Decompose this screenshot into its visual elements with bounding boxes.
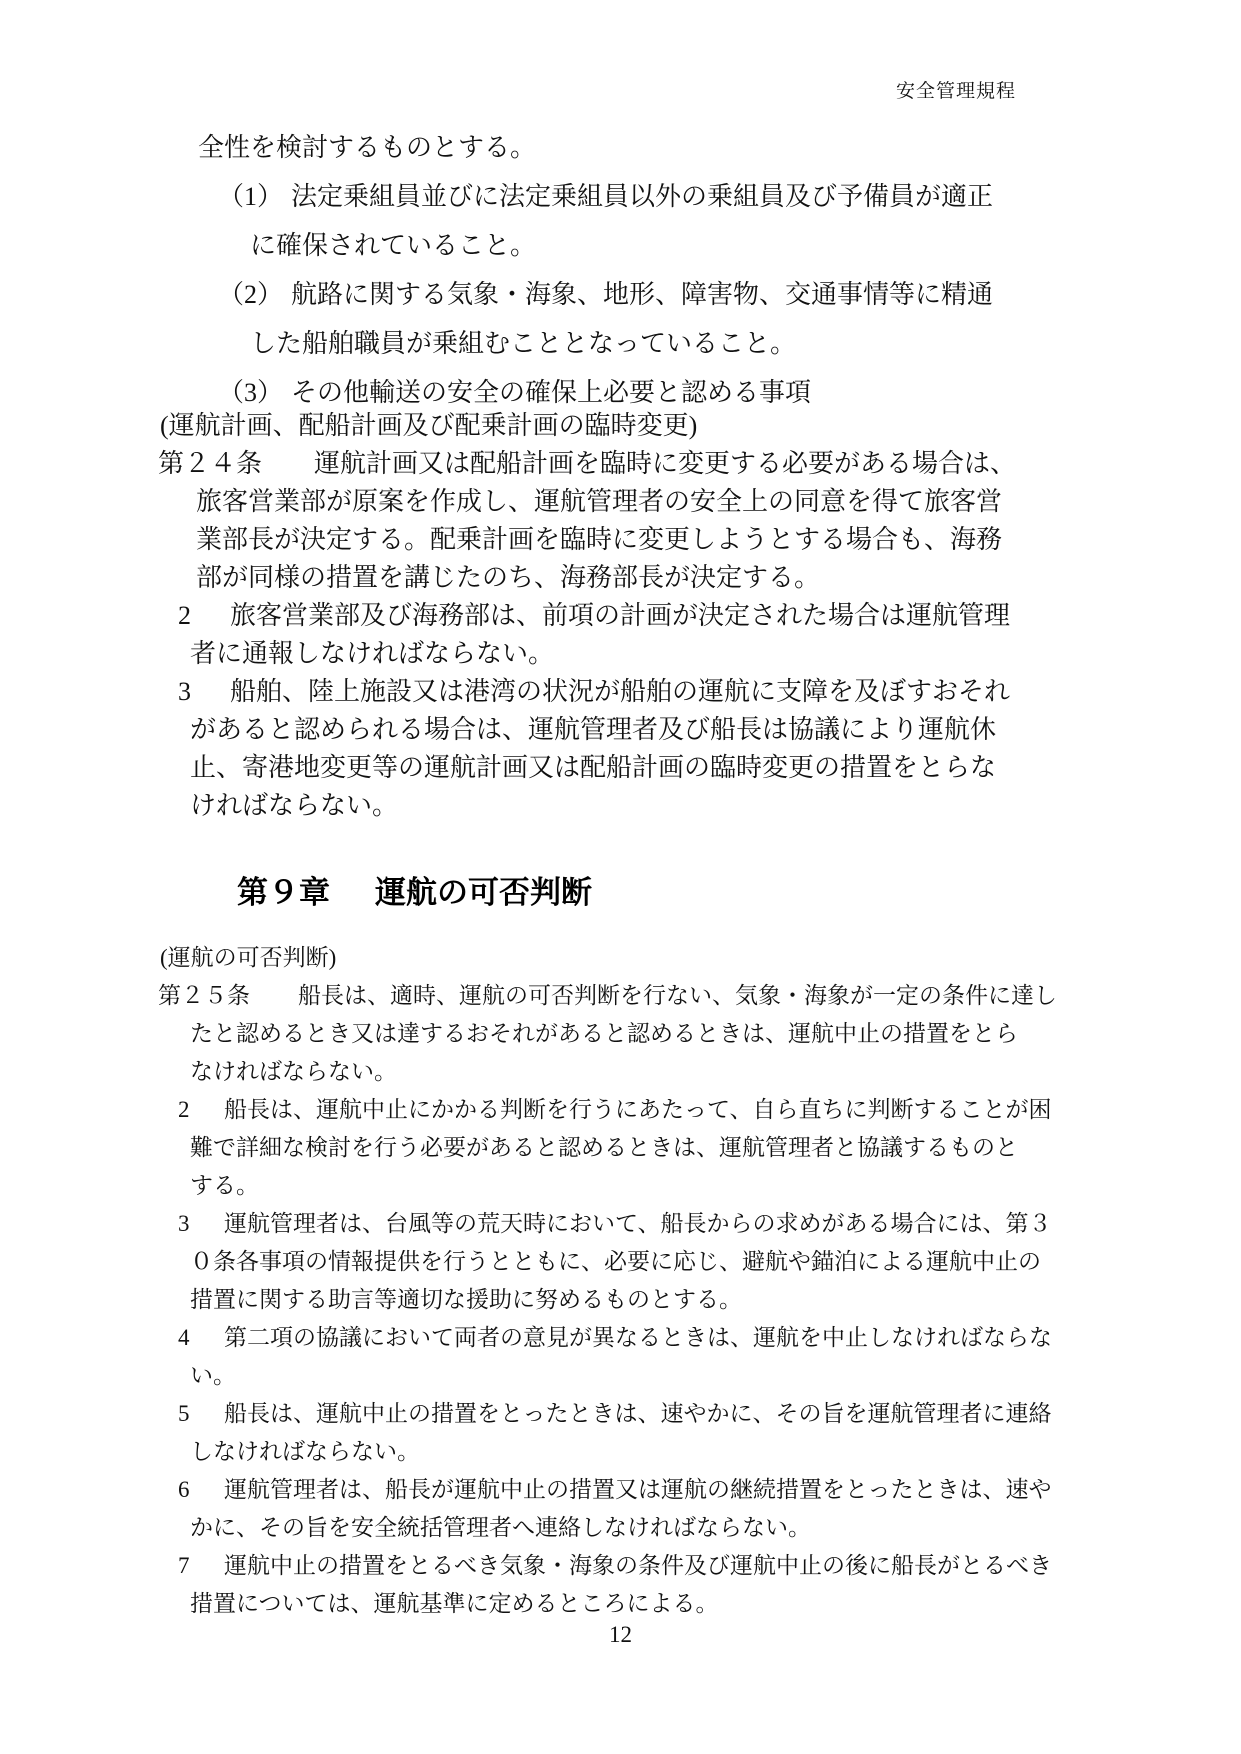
article-25-paragraph-1-line-2: たと認めるとき又は達するおそれがあると認めるときは、運航中止の措置をとら: [0, 1015, 1241, 1053]
text-line: 運航管理者は、船長が運航中止の措置又は運航の継続措置をとったときは、速や: [224, 1477, 1052, 1502]
article-25-paragraph-7-line-2: 措置については、運航基準に定めるところによる。: [0, 1585, 1241, 1623]
article-25-paragraph-5-line-2: しなければならない。: [0, 1433, 1241, 1471]
document-page: 安全管理規程 全性を検討するものとする。 （1）法定乗組員並びに法定乗組員以外の…: [0, 0, 1241, 1754]
text-line: 船長は、運航中止の措置をとったときは、速やかに、その旨を運航管理者に連絡: [224, 1401, 1052, 1426]
text-line: 船舶、陸上施設又は港湾の状況が船舶の運航に支障を及ぼすおそれ: [230, 677, 1010, 706]
article-25-paragraph-3-line-3: 措置に関する助言等適切な援助に努めるものとする。: [0, 1281, 1241, 1319]
text-line: 全性を検討するものとする。: [0, 123, 1241, 172]
article-24-paragraph-1-line-2: 旅客営業部が原案を作成し、運航管理者の安全上の同意を得て旅客営: [0, 483, 1241, 521]
text-line: 旅客営業部及び海務部は、前項の計画が決定された場合は運航管理: [230, 601, 1010, 630]
chapter-title: 運航の可否判断: [375, 875, 592, 910]
article-24-paragraph-2-line-2: 者に通報しなければならない。: [0, 635, 1241, 673]
article-25-paragraph-3-line-1: 3運航管理者は、台風等の荒天時において、船長からの求めがある場合には、第３: [0, 1205, 1241, 1243]
paragraph-number: 4: [178, 1319, 198, 1357]
text-line: 第二項の協議において両者の意見が異なるときは、運航を中止しなければならな: [224, 1325, 1052, 1350]
article-24-caption: (運航計画、配船計画及び配乗計画の臨時変更): [0, 407, 1241, 445]
chapter-9-heading: 第９章運航の可否判断: [0, 872, 1241, 914]
text-line: その他輸送の安全の確保上必要と認める事項: [291, 378, 811, 407]
text-line: 運航管理者は、台風等の荒天時において、船長からの求めがある場合には、第３: [224, 1211, 1052, 1236]
item-number: （2）: [218, 280, 283, 309]
list-item-2-line-1: （2）航路に関する気象・海象、地形、障害物、交通事情等に精通: [0, 270, 1241, 319]
article-25-paragraph-5-line-1: 5船長は、運航中止の措置をとったときは、速やかに、その旨を運航管理者に連絡: [0, 1395, 1241, 1433]
article-24-paragraph-2-line-1: 2旅客営業部及び海務部は、前項の計画が決定された場合は運航管理: [0, 597, 1241, 635]
text-line: 法定乗組員並びに法定乗組員以外の乗組員及び予備員が適正: [291, 182, 993, 211]
paragraph-number: 2: [178, 597, 200, 635]
article-24-paragraph-1-line-1: 第２４条運航計画又は配船計画を臨時に変更する必要がある場合は、: [0, 445, 1241, 483]
article-25-paragraph-7-line-1: 7運航中止の措置をとるべき気象・海象の条件及び運航中止の後に船長がとるべき: [0, 1547, 1241, 1585]
article-25-paragraph-3-line-2: ０条各事項の情報提供を行うとともに、必要に応じ、避航や錨泊による運航中止の: [0, 1243, 1241, 1281]
article-24-paragraph-3-line-4: ければならない。: [0, 787, 1241, 825]
list-item-1-line-2: に確保されていること。: [0, 221, 1241, 270]
article-25-paragraph-4-line-2: い。: [0, 1357, 1241, 1395]
article-24-paragraph-3-line-3: 止、寄港地変更等の運航計画又は配船計画の臨時変更の措置をとらな: [0, 749, 1241, 787]
text-line: 船長は、運航中止にかかる判断を行うにあたって、自ら直ちに判断することが困: [224, 1097, 1052, 1122]
text-line: 航路に関する気象・海象、地形、障害物、交通事情等に精通: [291, 280, 993, 309]
article-24-paragraph-3-line-2: があると認められる場合は、運航管理者及び船長は協議により運航休: [0, 711, 1241, 749]
paragraph-number: 2: [178, 1091, 198, 1129]
article-25-paragraph-1-line-3: なければならない。: [0, 1053, 1241, 1091]
item-number: （3）: [218, 378, 283, 407]
article-25-paragraph-2-line-2: 難で詳細な検討を行う必要があると認めるときは、運航管理者と協議するものと: [0, 1129, 1241, 1167]
section-article-25: (運航の可否判断) 第２５条船長は、適時、運航の可否判断を行ない、気象・海象が一…: [0, 939, 1241, 1623]
article-25-paragraph-2-line-1: 2船長は、運航中止にかかる判断を行うにあたって、自ら直ちに判断することが困: [0, 1091, 1241, 1129]
article-25-paragraph-6-line-1: 6運航管理者は、船長が運航中止の措置又は運航の継続措置をとったときは、速や: [0, 1471, 1241, 1509]
article-25-paragraph-6-line-2: かに、その旨を安全統括管理者へ連絡しなければならない。: [0, 1509, 1241, 1547]
article-25-caption: (運航の可否判断): [0, 939, 1241, 977]
article-24-paragraph-1-line-3: 業部長が決定する。配乗計画を臨時に変更しようとする場合も、海務: [0, 521, 1241, 559]
paragraph-number: 3: [178, 1205, 198, 1243]
article-25-paragraph-1-line-1: 第２５条船長は、適時、運航の可否判断を行ない、気象・海象が一定の条件に達し: [0, 977, 1241, 1015]
paragraph-number: 6: [178, 1471, 198, 1509]
article-24-paragraph-1-line-4: 部が同様の措置を講じたのち、海務部長が決定する。: [0, 559, 1241, 597]
article-24-number: 第２４条: [158, 449, 262, 478]
article-24-paragraph-3-line-1: 3船舶、陸上施設又は港湾の状況が船舶の運航に支障を及ぼすおそれ: [0, 673, 1241, 711]
section-previous-article-tail: 全性を検討するものとする。 （1）法定乗組員並びに法定乗組員以外の乗組員及び予備…: [0, 123, 1241, 417]
article-25-paragraph-4-line-1: 4第二項の協議において両者の意見が異なるときは、運航を中止しなければならな: [0, 1319, 1241, 1357]
document-title-header: 安全管理規程: [896, 76, 1016, 103]
chapter-number: 第９章: [237, 875, 330, 910]
text-line: 運航中止の措置をとるべき気象・海象の条件及び運航中止の後に船長がとるべき: [224, 1553, 1052, 1578]
text-line: 船長は、適時、運航の可否判断を行ない、気象・海象が一定の条件に達し: [298, 983, 1057, 1008]
page-number: 12: [0, 1622, 1241, 1648]
paragraph-number: 5: [178, 1395, 198, 1433]
paragraph-number: 7: [178, 1547, 198, 1585]
item-number: （1）: [218, 182, 283, 211]
article-25-paragraph-2-line-3: する。: [0, 1167, 1241, 1205]
list-item-2-line-2: した船舶職員が乗組むこととなっていること。: [0, 319, 1241, 368]
paragraph-number: 3: [178, 673, 200, 711]
section-article-24: (運航計画、配船計画及び配乗計画の臨時変更) 第２４条運航計画又は配船計画を臨時…: [0, 407, 1241, 825]
article-25-number: 第２５条: [158, 983, 250, 1008]
text-line: 運航計画又は配船計画を臨時に変更する必要がある場合は、: [314, 449, 1016, 478]
list-item-1-line-1: （1）法定乗組員並びに法定乗組員以外の乗組員及び予備員が適正: [0, 172, 1241, 221]
